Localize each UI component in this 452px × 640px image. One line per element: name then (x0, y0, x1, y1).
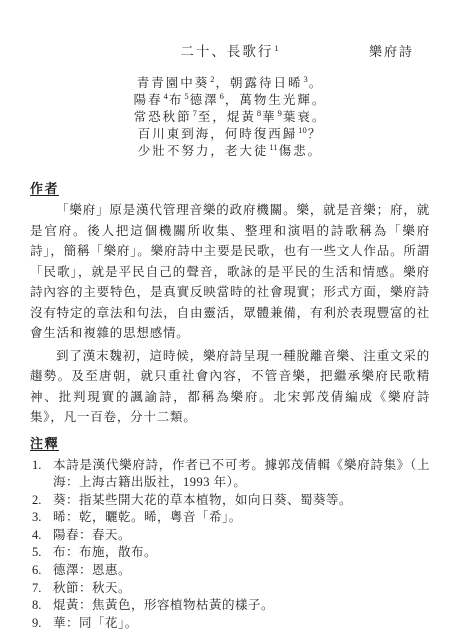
poem-line: 少壯不努力，老大徒11傷悲。 (30, 143, 430, 160)
author-paragraph: 到了漢末魏初，這時候，樂府詩呈現一種脫離音樂、注重文采的趨勢。及至唐朝，就只重社… (30, 346, 430, 428)
text-segment: 傷悲。 (279, 144, 323, 158)
text-segment: 陽春 (134, 93, 163, 107)
note-item: 3.晞：乾，曬乾。晞，粵音「希」。 (30, 509, 430, 527)
poem-line: 陽春4布5德澤6，萬物生光輝。 (30, 92, 430, 109)
footnote-ref: 4 (164, 91, 168, 101)
note-text: 布：布施，散布。 (53, 545, 157, 559)
author-heading: 作者 (30, 180, 430, 198)
note-item: 9.華：同「花」。 (30, 615, 430, 633)
note-number: 6. (32, 562, 41, 580)
text-segment: 葉衰。 (283, 110, 327, 124)
note-item: 6.德澤：恩惠。 (30, 562, 430, 580)
poem: 青青園中葵2，朝露待日晞3。陽春4布5德澤6，萬物生光輝。常恐秋節7至，焜黃8華… (30, 75, 430, 160)
note-number: 3. (32, 509, 41, 527)
text-segment: 華 (262, 110, 277, 124)
note-text: 德澤：恩惠。 (53, 563, 131, 577)
footnote-ref: 3 (304, 74, 308, 84)
note-text: 本詩是漢代樂府詩，作者已不可考。據郭茂倩輯《樂府詩集》（上海：上海古籍出版社，1… (53, 458, 430, 490)
footnote-ref: 10 (298, 125, 307, 135)
notes-section: 注釋 1.本詩是漢代樂府詩，作者已不可考。據郭茂倩輯《樂府詩集》（上海：上海古籍… (30, 435, 430, 633)
footnote-ref: 2 (210, 74, 214, 84)
footnote-ref: 5 (184, 91, 188, 101)
notes-list: 1.本詩是漢代樂府詩，作者已不可考。據郭茂倩輯《樂府詩集》（上海：上海古籍出版社… (30, 457, 430, 633)
note-item: 7.秋節：秋天。 (30, 580, 430, 598)
poem-line: 百川東到海，何時復西歸10？ (30, 126, 430, 143)
note-text: 葵：指某些開大花的草本植物，如向日葵、蜀葵等。 (53, 493, 352, 507)
note-number: 7. (32, 580, 41, 598)
header-row: 二十、長歌行1 樂府詩 (30, 40, 430, 60)
note-number: 4. (32, 527, 41, 545)
text-segment: 布 (169, 93, 184, 107)
note-item: 8.焜黃：焦黃色，形容植物枯黃的樣子。 (30, 597, 430, 615)
text-segment: 青青園中葵 (137, 76, 210, 90)
text-segment: ，朝露待日晞 (215, 76, 302, 90)
text-segment: 常恐秋節 (134, 110, 192, 124)
text-segment: 二十、長歌行 (180, 44, 273, 59)
text-segment: 德澤 (190, 93, 219, 107)
author-section: 作者 「樂府」原是漢代管理音樂的政府機關。樂，就是音樂；府，就是官府。後人把這個… (30, 180, 430, 428)
text-segment: 百川東到海，何時復西歸 (138, 127, 298, 141)
note-text: 秋節：秋天。 (53, 581, 131, 595)
footnote-ref: 9 (278, 108, 282, 118)
footnote-ref: 7 (193, 108, 197, 118)
document-page: 二十、長歌行1 樂府詩 青青園中葵2，朝露待日晞3。陽春4布5德澤6，萬物生光輝… (0, 0, 452, 640)
author-paragraph: 「樂府」原是漢代管理音樂的政府機關。樂，就是音樂；府，就是官府。後人把這個機關所… (30, 200, 430, 344)
note-text: 晞：乾，曬乾。晞，粵音「希」。 (53, 510, 242, 524)
note-number: 9. (32, 615, 41, 633)
footnote-ref: 11 (269, 142, 277, 152)
text-segment: ？ (308, 127, 323, 141)
text-segment: 。 (309, 76, 324, 90)
genre-label: 樂府詩 (369, 41, 414, 60)
note-text: 陽春：春天。 (53, 528, 131, 542)
note-text: 焜黃：焦黃色，形容植物枯黃的樣子。 (53, 598, 274, 612)
text-segment: ，萬物生光輝。 (225, 93, 327, 107)
text-segment: 少壯不努力，老大徒 (138, 144, 269, 158)
poem-line: 常恐秋節7至，焜黃8華9葉衰。 (30, 109, 430, 126)
note-text: 華：同「花」。 (53, 616, 138, 630)
lesson-title: 二十、長歌行1 (180, 44, 279, 59)
note-number: 2. (32, 492, 41, 510)
footnote-ref: 8 (257, 108, 261, 118)
note-number: 8. (32, 597, 41, 615)
note-number: 5. (32, 544, 41, 562)
note-item: 4.陽春：春天。 (30, 527, 430, 545)
note-item: 5.布：布施，散布。 (30, 544, 430, 562)
note-number: 1. (32, 457, 41, 475)
text-segment: 至，焜黃 (198, 110, 256, 124)
note-item: 2.葵：指某些開大花的草本植物，如向日葵、蜀葵等。 (30, 492, 430, 510)
notes-heading: 注釋 (30, 435, 430, 453)
poem-line: 青青園中葵2，朝露待日晞3。 (30, 75, 430, 92)
note-item: 1.本詩是漢代樂府詩，作者已不可考。據郭茂倩輯《樂府詩集》（上海：上海古籍出版社… (30, 457, 430, 492)
footnote-ref: 1 (274, 43, 278, 53)
footnote-ref: 6 (220, 91, 224, 101)
